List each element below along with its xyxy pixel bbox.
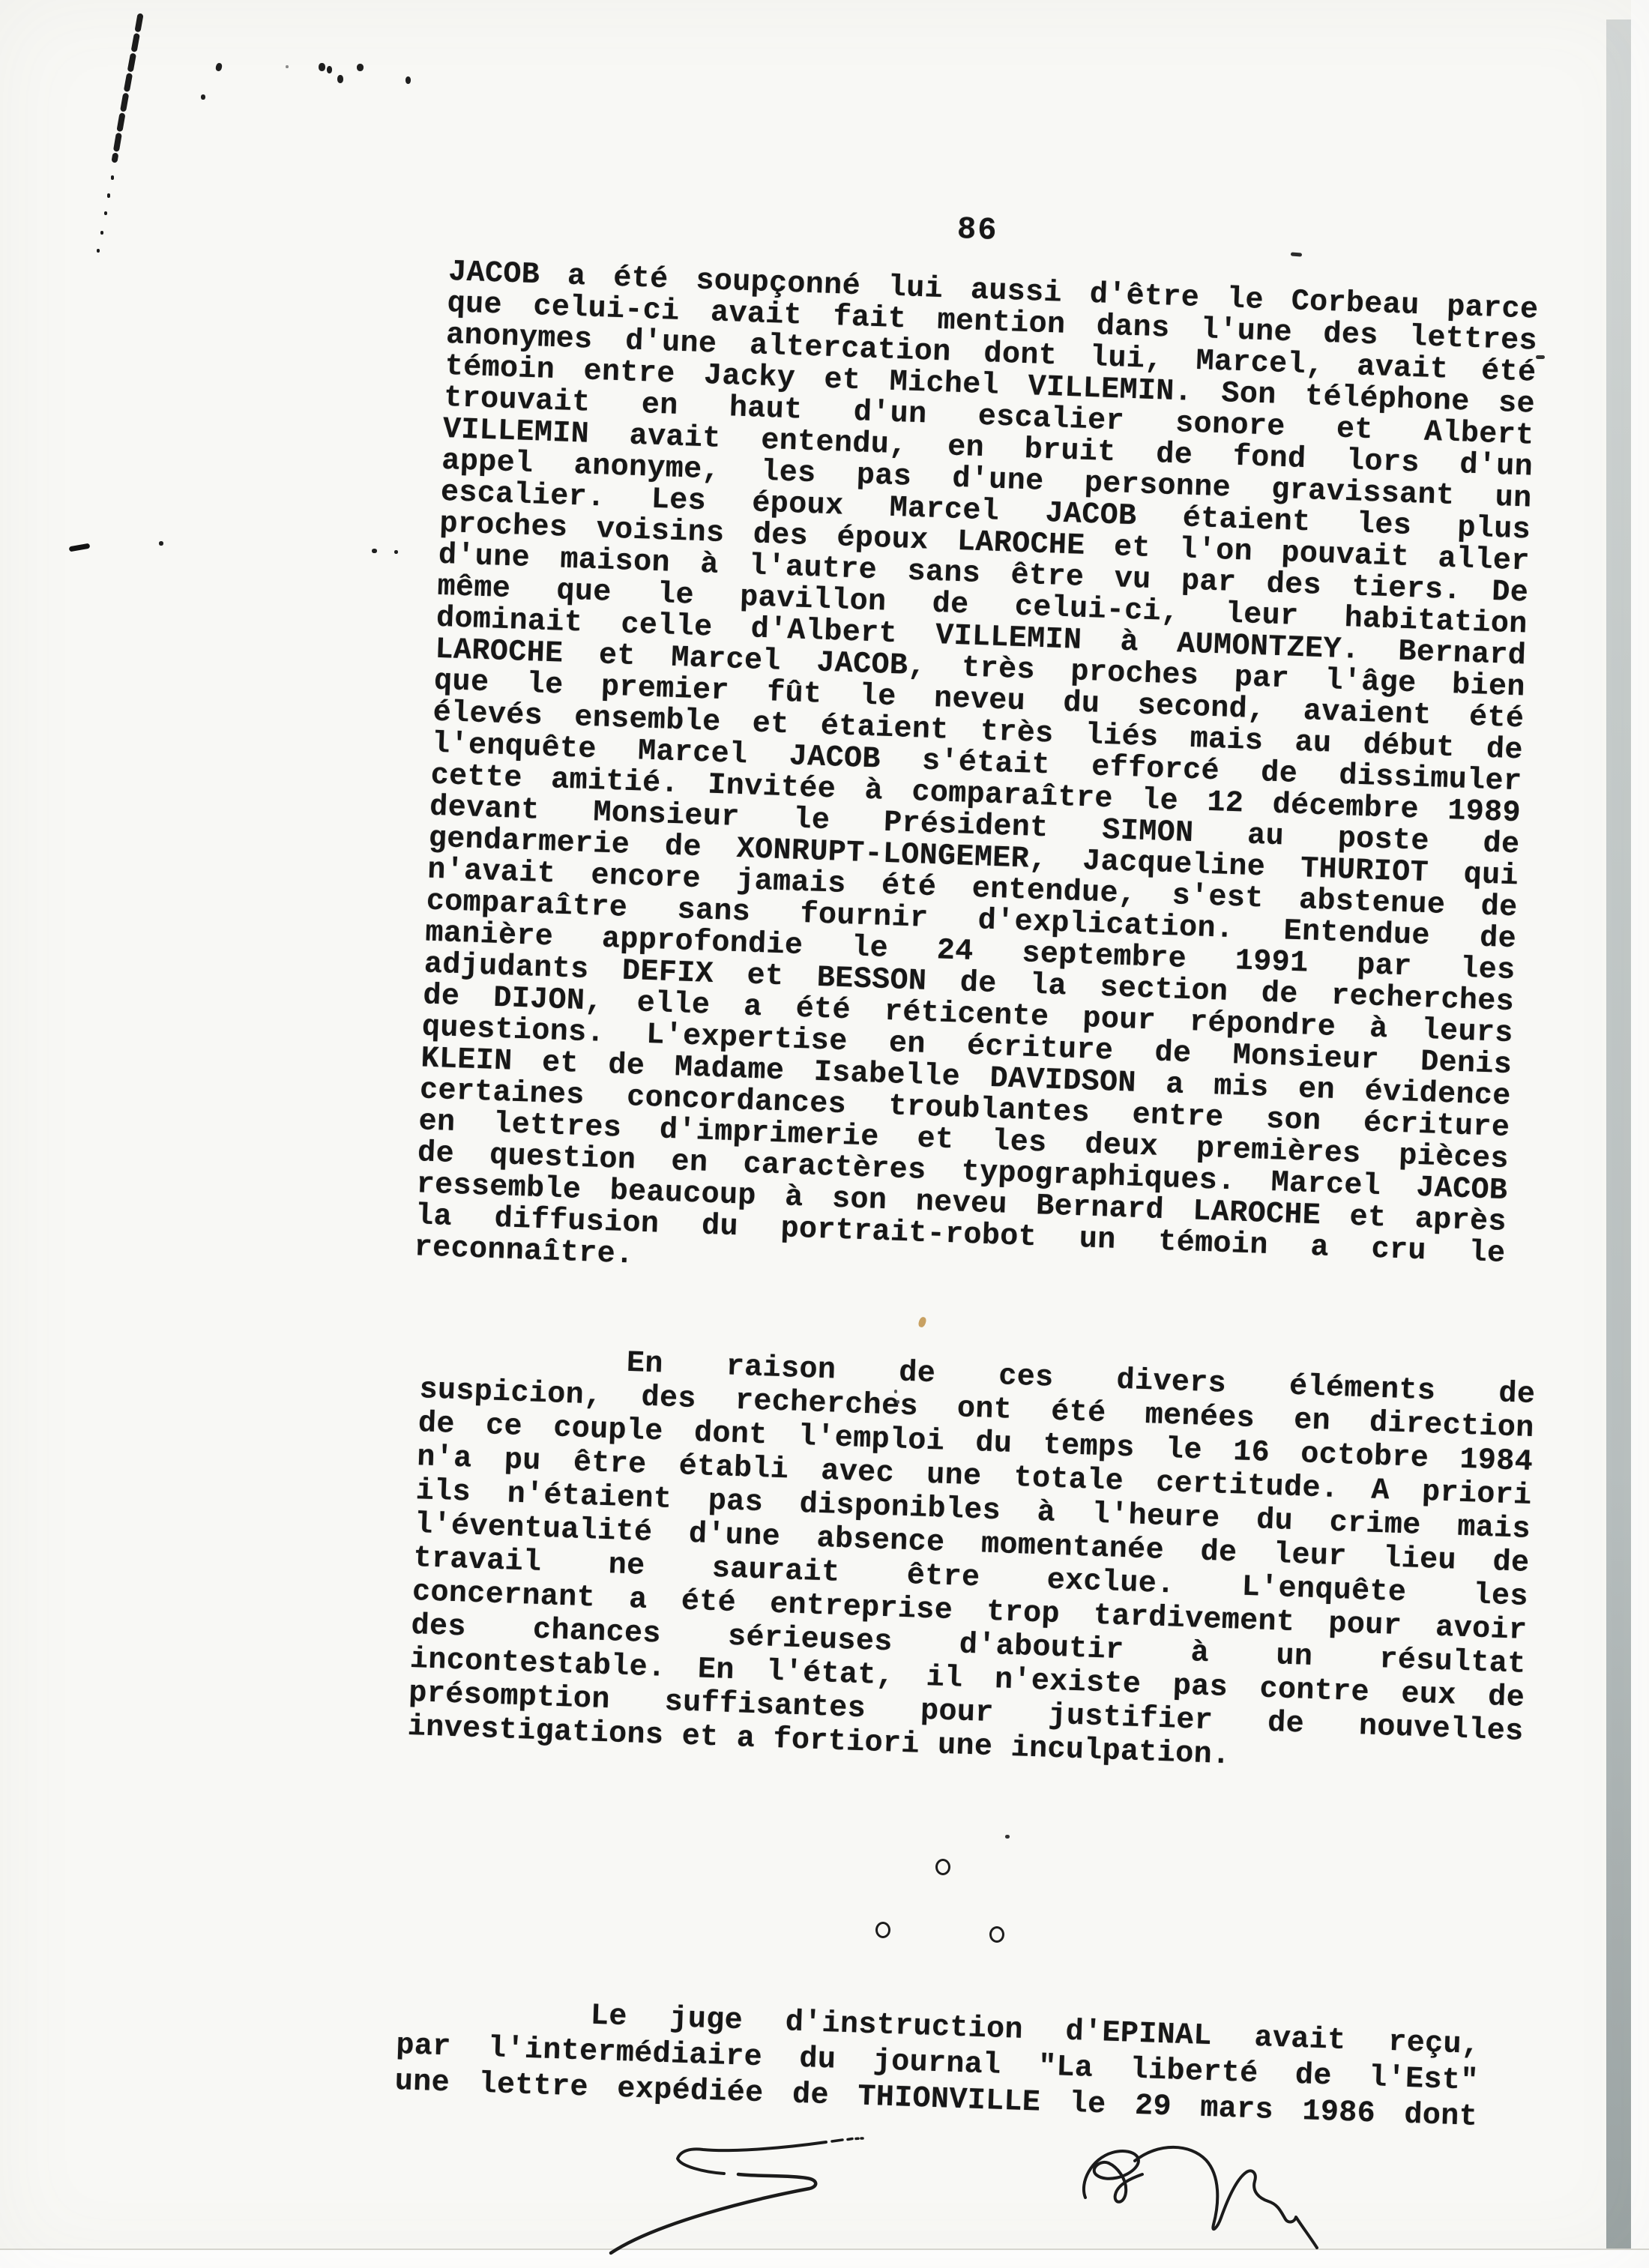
signature-right: [1063, 2138, 1333, 2261]
ink-speck: [319, 63, 325, 71]
ink-speck: [1005, 1835, 1010, 1839]
ink-speck: [406, 76, 411, 84]
ink-speck: [337, 75, 343, 83]
signature-left: [585, 2127, 884, 2262]
separator-circle: [989, 1926, 1004, 1943]
scanned-document-page: 86 JACOB a été soupçonné lui aussi d'êtr…: [0, 0, 1649, 2268]
separator-circle: [875, 1922, 890, 1938]
ink-dash: [1291, 252, 1302, 256]
page-number: 86: [956, 211, 998, 249]
ink-speck: [286, 65, 289, 68]
paragraph-jacob-suspicion: JACOB a été soupçonné lui aussi d'être l…: [414, 257, 1539, 1302]
ink-dash: [1536, 355, 1545, 359]
fold-pen-mark: [71, 6, 161, 261]
ink-speck: [159, 541, 163, 546]
paragraph-lettre-thionville: Le juge d'instruction d'EPINAL avait reç…: [394, 1992, 1480, 2136]
ink-speck: [215, 62, 223, 72]
scanner-shadow-band: [1606, 19, 1631, 2250]
ink-speck: [327, 66, 332, 73]
ink-speck: [894, 1390, 897, 1393]
ink-speck: [357, 64, 364, 71]
ink-dash-left-margin: [69, 543, 91, 552]
paragraph-conclusion-couple: En raison de ces divers éléments desuspi…: [407, 1339, 1536, 1783]
separator-circle: [935, 1859, 950, 1875]
ink-speck: [394, 550, 398, 554]
ink-speck: [201, 94, 205, 100]
ink-speck: [372, 549, 377, 553]
paper-right-margin: [1631, 0, 1649, 2268]
ink-speck: [896, 1400, 899, 1404]
paper-fleck: [917, 1316, 927, 1328]
